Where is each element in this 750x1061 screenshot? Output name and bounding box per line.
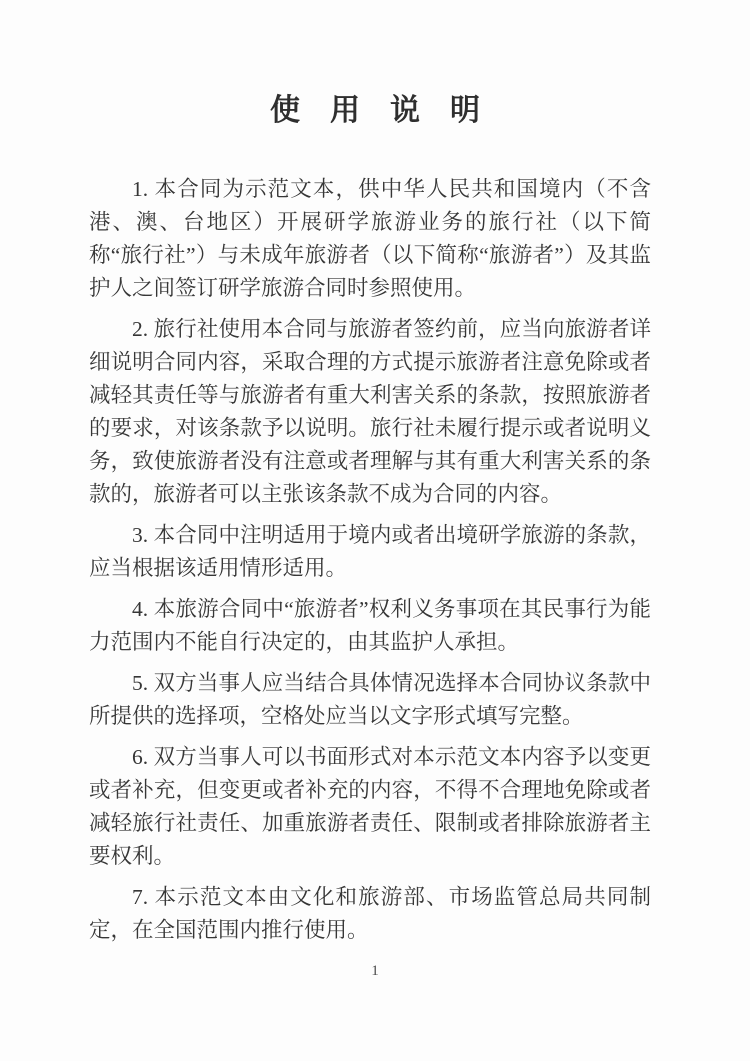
document-page: 使用说明 1. 本合同为示范文本，供中华人民共和国境内（不含港、澳、台地区）开展… xyxy=(0,0,750,1061)
paragraph-1: 1. 本合同为示范文本，供中华人民共和国境内（不含港、澳、台地区）开展研学旅游业… xyxy=(89,173,651,305)
page-number: 1 xyxy=(0,963,750,980)
paragraph-5: 5. 双方当事人应当结合具体情况选择本合同协议条款中所提供的选择项，空格处应当以… xyxy=(89,667,651,733)
paragraph-6: 6. 双方当事人可以书面形式对本示范文本内容予以变更或者补充，但变更或者补充的内… xyxy=(89,741,651,873)
page-title: 使用说明 xyxy=(0,93,750,129)
paragraph-4: 4. 本旅游合同中“旅游者”权利义务事项在其民事行为能力范围内不能自行决定的，由… xyxy=(89,593,651,659)
paragraph-7: 7. 本示范文本由文化和旅游部、市场监管总局共同制定，在全国范围内推行使用。 xyxy=(89,881,651,947)
document-body: 1. 本合同为示范文本，供中华人民共和国境内（不含港、澳、台地区）开展研学旅游业… xyxy=(89,173,651,947)
paragraph-2: 2. 旅行社使用本合同与旅游者签约前，应当向旅游者详细说明合同内容，采取合理的方… xyxy=(89,313,651,511)
paragraph-3: 3. 本合同中注明适用于境内或者出境研学旅游的条款，应当根据该适用情形适用。 xyxy=(89,519,651,585)
